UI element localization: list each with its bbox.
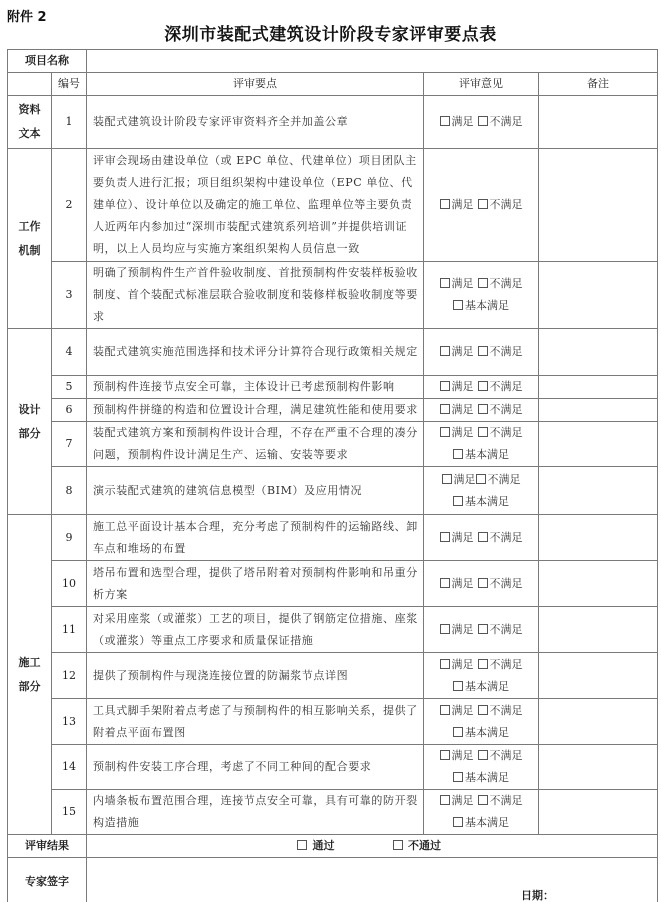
review-point-text: 工具式脚手架附着点考虑了与预制构件的相互影响关系，提供了附着点平面布置图 [87,699,424,745]
checkbox-icon[interactable] [453,817,463,827]
option-not-satisfied[interactable]: 不满足 [476,473,521,486]
page-title: 深圳市装配式建筑设计阶段专家评审要点表 [0,20,661,45]
review-opinion-options: 满足不满足 [424,96,539,149]
option-label: 不满足 [490,577,523,590]
option-label: 基本满足 [465,771,509,784]
section-name-line1: 施工 [8,651,51,675]
option-basically-satisfied[interactable]: 基本满足 [453,448,509,461]
item-number: 15 [52,790,87,835]
item-number: 12 [52,653,87,699]
checkbox-icon[interactable] [440,278,450,288]
checkbox-icon[interactable] [478,795,488,805]
option-basically-satisfied[interactable]: 基本满足 [453,771,509,784]
checkbox-icon[interactable] [478,199,488,209]
opinion-line: 基本满足 [424,444,538,466]
option-label: 不满足 [490,794,523,807]
option-not-satisfied[interactable]: 不满足 [478,577,523,590]
checkbox-icon[interactable] [453,681,463,691]
remarks-field[interactable] [539,329,658,376]
option-label: 满足 [452,380,474,393]
checkbox-icon[interactable] [478,427,488,437]
review-opinion-options: 满足不满足基本满足 [424,653,539,699]
option-label: 满足 [454,473,476,486]
item-number: 1 [52,96,87,149]
option-not-satisfied[interactable]: 不满足 [478,380,523,393]
item-number: 4 [52,329,87,376]
checkbox-icon[interactable] [478,404,488,414]
checkbox-icon[interactable] [440,116,450,126]
expert-signature-label: 专家签字 [8,858,87,902]
opinion-line: 基本满足 [424,491,538,513]
checkbox-icon[interactable] [440,624,450,634]
expert-signature-field[interactable]: 日期： [87,858,658,902]
opinion-line: 基本满足 [424,295,538,317]
option-satisfied[interactable]: 满足 [440,704,474,717]
review-point-text: 预制构件安装工序合理，考虑了不同工种间的配合要求 [87,745,424,790]
remarks-field[interactable] [539,699,658,745]
option-not-satisfied[interactable]: 不满足 [478,531,523,544]
item-number: 11 [52,607,87,653]
option-label: 基本满足 [465,726,509,739]
opinion-line: 基本满足 [424,767,538,789]
option-satisfied[interactable]: 满足 [440,198,474,211]
option-label: 不满足 [490,380,523,393]
option-label: 不满足 [490,623,523,636]
table-row: 10塔吊布置和选型合理，提供了塔吊附着对预制构件影响和吊重分析方案满足不满足 [8,561,658,607]
remarks-field[interactable] [539,399,658,422]
section-category: 工作机制 [8,149,52,329]
section-category: 施工部分 [8,515,52,835]
option-satisfied[interactable]: 满足 [440,531,474,544]
review-point-text: 装配式建筑设计阶段专家评审资料齐全并加盖公章 [87,96,424,149]
opinion-line: 满足不满足 [424,469,538,491]
option-not-satisfied[interactable]: 不满足 [478,623,523,636]
review-point-text: 对采用座浆（或灌浆）工艺的项目，提供了钢筋定位措施、座浆（或灌浆）等重点工序要求… [87,607,424,653]
review-point-text: 施工总平面设计基本合理，充分考虑了预制构件的运输路线、卸车点和堆场的布置 [87,515,424,561]
option-label: 不满足 [490,277,523,290]
option-not-satisfied[interactable]: 不满足 [478,115,523,128]
opinion-line: 满足不满足 [424,700,538,722]
option-label: 满足 [452,794,474,807]
review-opinion-options: 满足不满足基本满足 [424,467,539,515]
review-point-text: 装配式建筑实施范围选择和技术评分计算符合现行政策相关规定 [87,329,424,376]
table-row: 施工部分9施工总平面设计基本合理，充分考虑了预制构件的运输路线、卸车点和堆场的布… [8,515,658,561]
option-label: 不满足 [488,473,521,486]
header-review-point: 评审要点 [87,73,424,96]
expert-signature-row: 专家签字日期： [8,858,658,902]
remarks-field[interactable] [539,422,658,467]
checkbox-icon[interactable] [478,578,488,588]
option-label: 基本满足 [465,495,509,508]
project-name-label: 项目名称 [8,50,87,73]
review-opinion-options: 满足不满足基本满足 [424,790,539,835]
option-label: 不满足 [490,704,523,717]
option-satisfied[interactable]: 满足 [440,577,474,590]
item-number: 6 [52,399,87,422]
remarks-field[interactable] [539,515,658,561]
remarks-field[interactable] [539,467,658,515]
checkbox-icon[interactable] [393,840,403,850]
opinion-line: 满足不满足 [424,273,538,295]
checkbox-icon[interactable] [453,496,463,506]
item-number: 8 [52,467,87,515]
result-fail-label: 不通过 [408,839,441,852]
item-number: 2 [52,149,87,262]
opinion-line: 满足不满足 [424,399,538,421]
section-name-line2: 文本 [8,122,51,146]
checkbox-icon[interactable] [478,659,488,669]
option-satisfied[interactable]: 满足 [440,794,474,807]
checkbox-icon[interactable] [476,474,486,484]
checkbox-icon[interactable] [478,750,488,760]
checkbox-icon[interactable] [478,346,488,356]
remarks-field[interactable] [539,96,658,149]
table-row: 5预制构件连接节点安全可靠，主体设计已考虑预制构件影响满足不满足 [8,376,658,399]
result-pass-label: 通过 [313,839,335,852]
option-label: 基本满足 [465,448,509,461]
opinion-line: 基本满足 [424,722,538,744]
option-label: 不满足 [490,749,523,762]
checkbox-icon[interactable] [440,404,450,414]
date-label: 日期： [521,885,554,902]
table-row: 12提供了预制构件与现浇连接位置的防漏浆节点详图满足不满足基本满足 [8,653,658,699]
opinion-line: 满足不满足 [424,422,538,444]
header-row: 编号 评审要点 评审意见 备注 [8,73,658,96]
review-opinion-options: 满足不满足基本满足 [424,745,539,790]
checkbox-icon[interactable] [453,727,463,737]
section-name-line1: 设计 [8,398,51,422]
remarks-field[interactable] [539,561,658,607]
header-category-blank [8,73,52,96]
section-category: 资料文本 [8,96,52,149]
option-label: 不满足 [490,345,523,358]
option-not-satisfied[interactable]: 不满足 [478,658,523,671]
option-label: 满足 [452,198,474,211]
checkbox-icon[interactable] [440,705,450,715]
review-opinion-options: 满足不满足基本满足 [424,422,539,467]
option-label: 满足 [452,577,474,590]
option-label: 满足 [452,704,474,717]
remarks-field[interactable] [539,149,658,262]
option-satisfied[interactable]: 满足 [440,277,474,290]
option-label: 满足 [452,115,474,128]
option-label: 不满足 [490,198,523,211]
review-point-text: 装配式建筑方案和预制构件设计合理，不存在严重不合理的凑分问题，预制构件设计满足生… [87,422,424,467]
section-category: 设计部分 [8,329,52,515]
section-name-line2: 机制 [8,239,51,263]
option-satisfied[interactable]: 满足 [440,426,474,439]
review-result-options: 通过 不通过 [87,835,658,858]
checkbox-icon[interactable] [453,300,463,310]
checkbox-icon[interactable] [453,449,463,459]
review-opinion-options: 满足不满足基本满足 [424,262,539,329]
review-opinion-options: 满足不满足 [424,515,539,561]
checkbox-icon[interactable] [440,381,450,391]
option-satisfied[interactable]: 满足 [440,345,474,358]
table-row: 设计部分4装配式建筑实施范围选择和技术评分计算符合现行政策相关规定满足不满足 [8,329,658,376]
review-opinion-options: 满足不满足 [424,607,539,653]
item-number: 3 [52,262,87,329]
review-point-text: 预制构件拼缝的构造和位置设计合理，满足建筑性能和使用要求 [87,399,424,422]
opinion-line: 满足不满足 [424,376,538,398]
remarks-field[interactable] [539,607,658,653]
project-name-row: 项目名称 [8,50,658,73]
checkbox-icon[interactable] [478,278,488,288]
checkbox-icon[interactable] [478,705,488,715]
option-satisfied[interactable]: 满足 [440,115,474,128]
opinion-line: 满足不满足 [424,790,538,812]
review-result-label: 评审结果 [8,835,87,858]
item-number: 7 [52,422,87,467]
option-label: 满足 [452,277,474,290]
checkbox-icon[interactable] [440,427,450,437]
section-name-line2: 部分 [8,675,51,699]
review-opinion-options: 满足不满足基本满足 [424,699,539,745]
project-name-field[interactable] [87,50,658,73]
option-satisfied[interactable]: 满足 [442,473,476,486]
option-label: 满足 [452,403,474,416]
option-label: 满足 [452,345,474,358]
option-label: 不满足 [490,531,523,544]
option-basically-satisfied[interactable]: 基本满足 [453,299,509,312]
checkbox-icon[interactable] [440,750,450,760]
table-row: 15内墙条板布置范围合理，连接节点安全可靠，具有可靠的防开裂构造措施满足不满足基… [8,790,658,835]
opinion-line: 满足不满足 [424,111,538,133]
checkbox-icon[interactable] [453,772,463,782]
table-row: 工作机制2评审会现场由建设单位（或 EPC 单位、代建单位）项目团队主要负责人进… [8,149,658,262]
checkbox-icon[interactable] [440,795,450,805]
item-number: 13 [52,699,87,745]
remarks-field[interactable] [539,262,658,329]
opinion-line: 满足不满足 [424,619,538,641]
review-point-text: 塔吊布置和选型合理，提供了塔吊附着对预制构件影响和吊重分析方案 [87,561,424,607]
option-not-satisfied[interactable]: 不满足 [478,198,523,211]
table-row: 8演示装配式建筑的建筑信息模型（BIM）及应用情况满足不满足基本满足 [8,467,658,515]
option-satisfied[interactable]: 满足 [440,749,474,762]
option-label: 不满足 [490,115,523,128]
option-label: 满足 [452,658,474,671]
option-basically-satisfied[interactable]: 基本满足 [453,495,509,508]
opinion-line: 满足不满足 [424,745,538,767]
review-opinion-options: 满足不满足 [424,376,539,399]
checkbox-icon[interactable] [440,659,450,669]
option-basically-satisfied[interactable]: 基本满足 [453,726,509,739]
option-label: 不满足 [490,403,523,416]
remarks-field[interactable] [539,790,658,835]
option-satisfied[interactable]: 满足 [440,658,474,671]
option-label: 不满足 [490,426,523,439]
option-not-satisfied[interactable]: 不满足 [478,277,523,290]
checkbox-icon[interactable] [442,474,452,484]
option-label: 满足 [452,426,474,439]
review-point-text: 明确了预制构件生产首件验收制度、首批预制构件安装样板验收制度、首个装配式标准层联… [87,262,424,329]
checkbox-icon[interactable] [478,532,488,542]
review-opinion-options: 满足不满足 [424,329,539,376]
checkbox-icon[interactable] [478,116,488,126]
option-label: 满足 [452,749,474,762]
table-row: 6预制构件拼缝的构造和位置设计合理，满足建筑性能和使用要求满足不满足 [8,399,658,422]
review-result-row: 评审结果 通过 不通过 [8,835,658,858]
review-point-text: 评审会现场由建设单位（或 EPC 单位、代建单位）项目团队主要负责人进行汇报；项… [87,149,424,262]
checkbox-icon[interactable] [440,532,450,542]
opinion-line: 满足不满足 [424,654,538,676]
item-number: 10 [52,561,87,607]
section-name-line1: 工作 [8,215,51,239]
opinion-line: 满足不满足 [424,194,538,216]
table-row: 资料文本1装配式建筑设计阶段专家评审资料齐全并加盖公章满足不满足 [8,96,658,149]
opinion-line: 满足不满足 [424,341,538,363]
table-row: 11对采用座浆（或灌浆）工艺的项目，提供了钢筋定位措施、座浆（或灌浆）等重点工序… [8,607,658,653]
review-table: 项目名称 编号 评审要点 评审意见 备注 资料文本1装配式建筑设计阶段专家评审资… [7,49,658,902]
option-not-satisfied[interactable]: 不满足 [478,426,523,439]
checkbox-icon[interactable] [440,199,450,209]
table-row: 7装配式建筑方案和预制构件设计合理，不存在严重不合理的凑分问题，预制构件设计满足… [8,422,658,467]
checkbox-icon[interactable] [440,346,450,356]
option-label: 基本满足 [465,680,509,693]
option-basically-satisfied[interactable]: 基本满足 [453,680,509,693]
opinion-line: 基本满足 [424,676,538,698]
option-label: 满足 [452,623,474,636]
option-not-satisfied[interactable]: 不满足 [478,403,523,416]
option-not-satisfied[interactable]: 不满足 [478,749,523,762]
header-number: 编号 [52,73,87,96]
section-name-line1: 资料 [8,98,51,122]
option-label: 基本满足 [465,816,509,829]
option-satisfied[interactable]: 满足 [440,403,474,416]
checkbox-icon[interactable] [440,578,450,588]
option-not-satisfied[interactable]: 不满足 [478,345,523,358]
review-point-text: 内墙条板布置范围合理，连接节点安全可靠，具有可靠的防开裂构造措施 [87,790,424,835]
item-number: 14 [52,745,87,790]
review-opinion-options: 满足不满足 [424,399,539,422]
item-number: 9 [52,515,87,561]
table-row: 13工具式脚手架附着点考虑了与预制构件的相互影响关系，提供了附着点平面布置图满足… [8,699,658,745]
option-satisfied[interactable]: 满足 [440,623,474,636]
review-point-text: 提供了预制构件与现浇连接位置的防漏浆节点详图 [87,653,424,699]
table-row: 3明确了预制构件生产首件验收制度、首批预制构件安装样板验收制度、首个装配式标准层… [8,262,658,329]
option-not-satisfied[interactable]: 不满足 [478,704,523,717]
opinion-line: 满足不满足 [424,573,538,595]
review-point-text: 预制构件连接节点安全可靠，主体设计已考虑预制构件影响 [87,376,424,399]
section-name-line2: 部分 [8,422,51,446]
option-label: 基本满足 [465,299,509,312]
result-fail-option[interactable]: 不通过 [393,835,442,857]
option-label: 不满足 [490,658,523,671]
remarks-field[interactable] [539,745,658,790]
remarks-field[interactable] [539,653,658,699]
option-basically-satisfied[interactable]: 基本满足 [453,816,509,829]
option-satisfied[interactable]: 满足 [440,380,474,393]
item-number: 5 [52,376,87,399]
result-pass-option[interactable]: 通过 [297,835,335,857]
checkbox-icon[interactable] [297,840,307,850]
option-label: 满足 [452,531,474,544]
header-remarks: 备注 [539,73,658,96]
header-review-opinion: 评审意见 [424,73,539,96]
opinion-line: 基本满足 [424,812,538,834]
checkbox-icon[interactable] [478,381,488,391]
opinion-line: 满足不满足 [424,527,538,549]
review-opinion-options: 满足不满足 [424,561,539,607]
checkbox-icon[interactable] [478,624,488,634]
option-not-satisfied[interactable]: 不满足 [478,794,523,807]
table-row: 14预制构件安装工序合理，考虑了不同工种间的配合要求满足不满足基本满足 [8,745,658,790]
review-point-text: 演示装配式建筑的建筑信息模型（BIM）及应用情况 [87,467,424,515]
remarks-field[interactable] [539,376,658,399]
review-opinion-options: 满足不满足 [424,149,539,262]
